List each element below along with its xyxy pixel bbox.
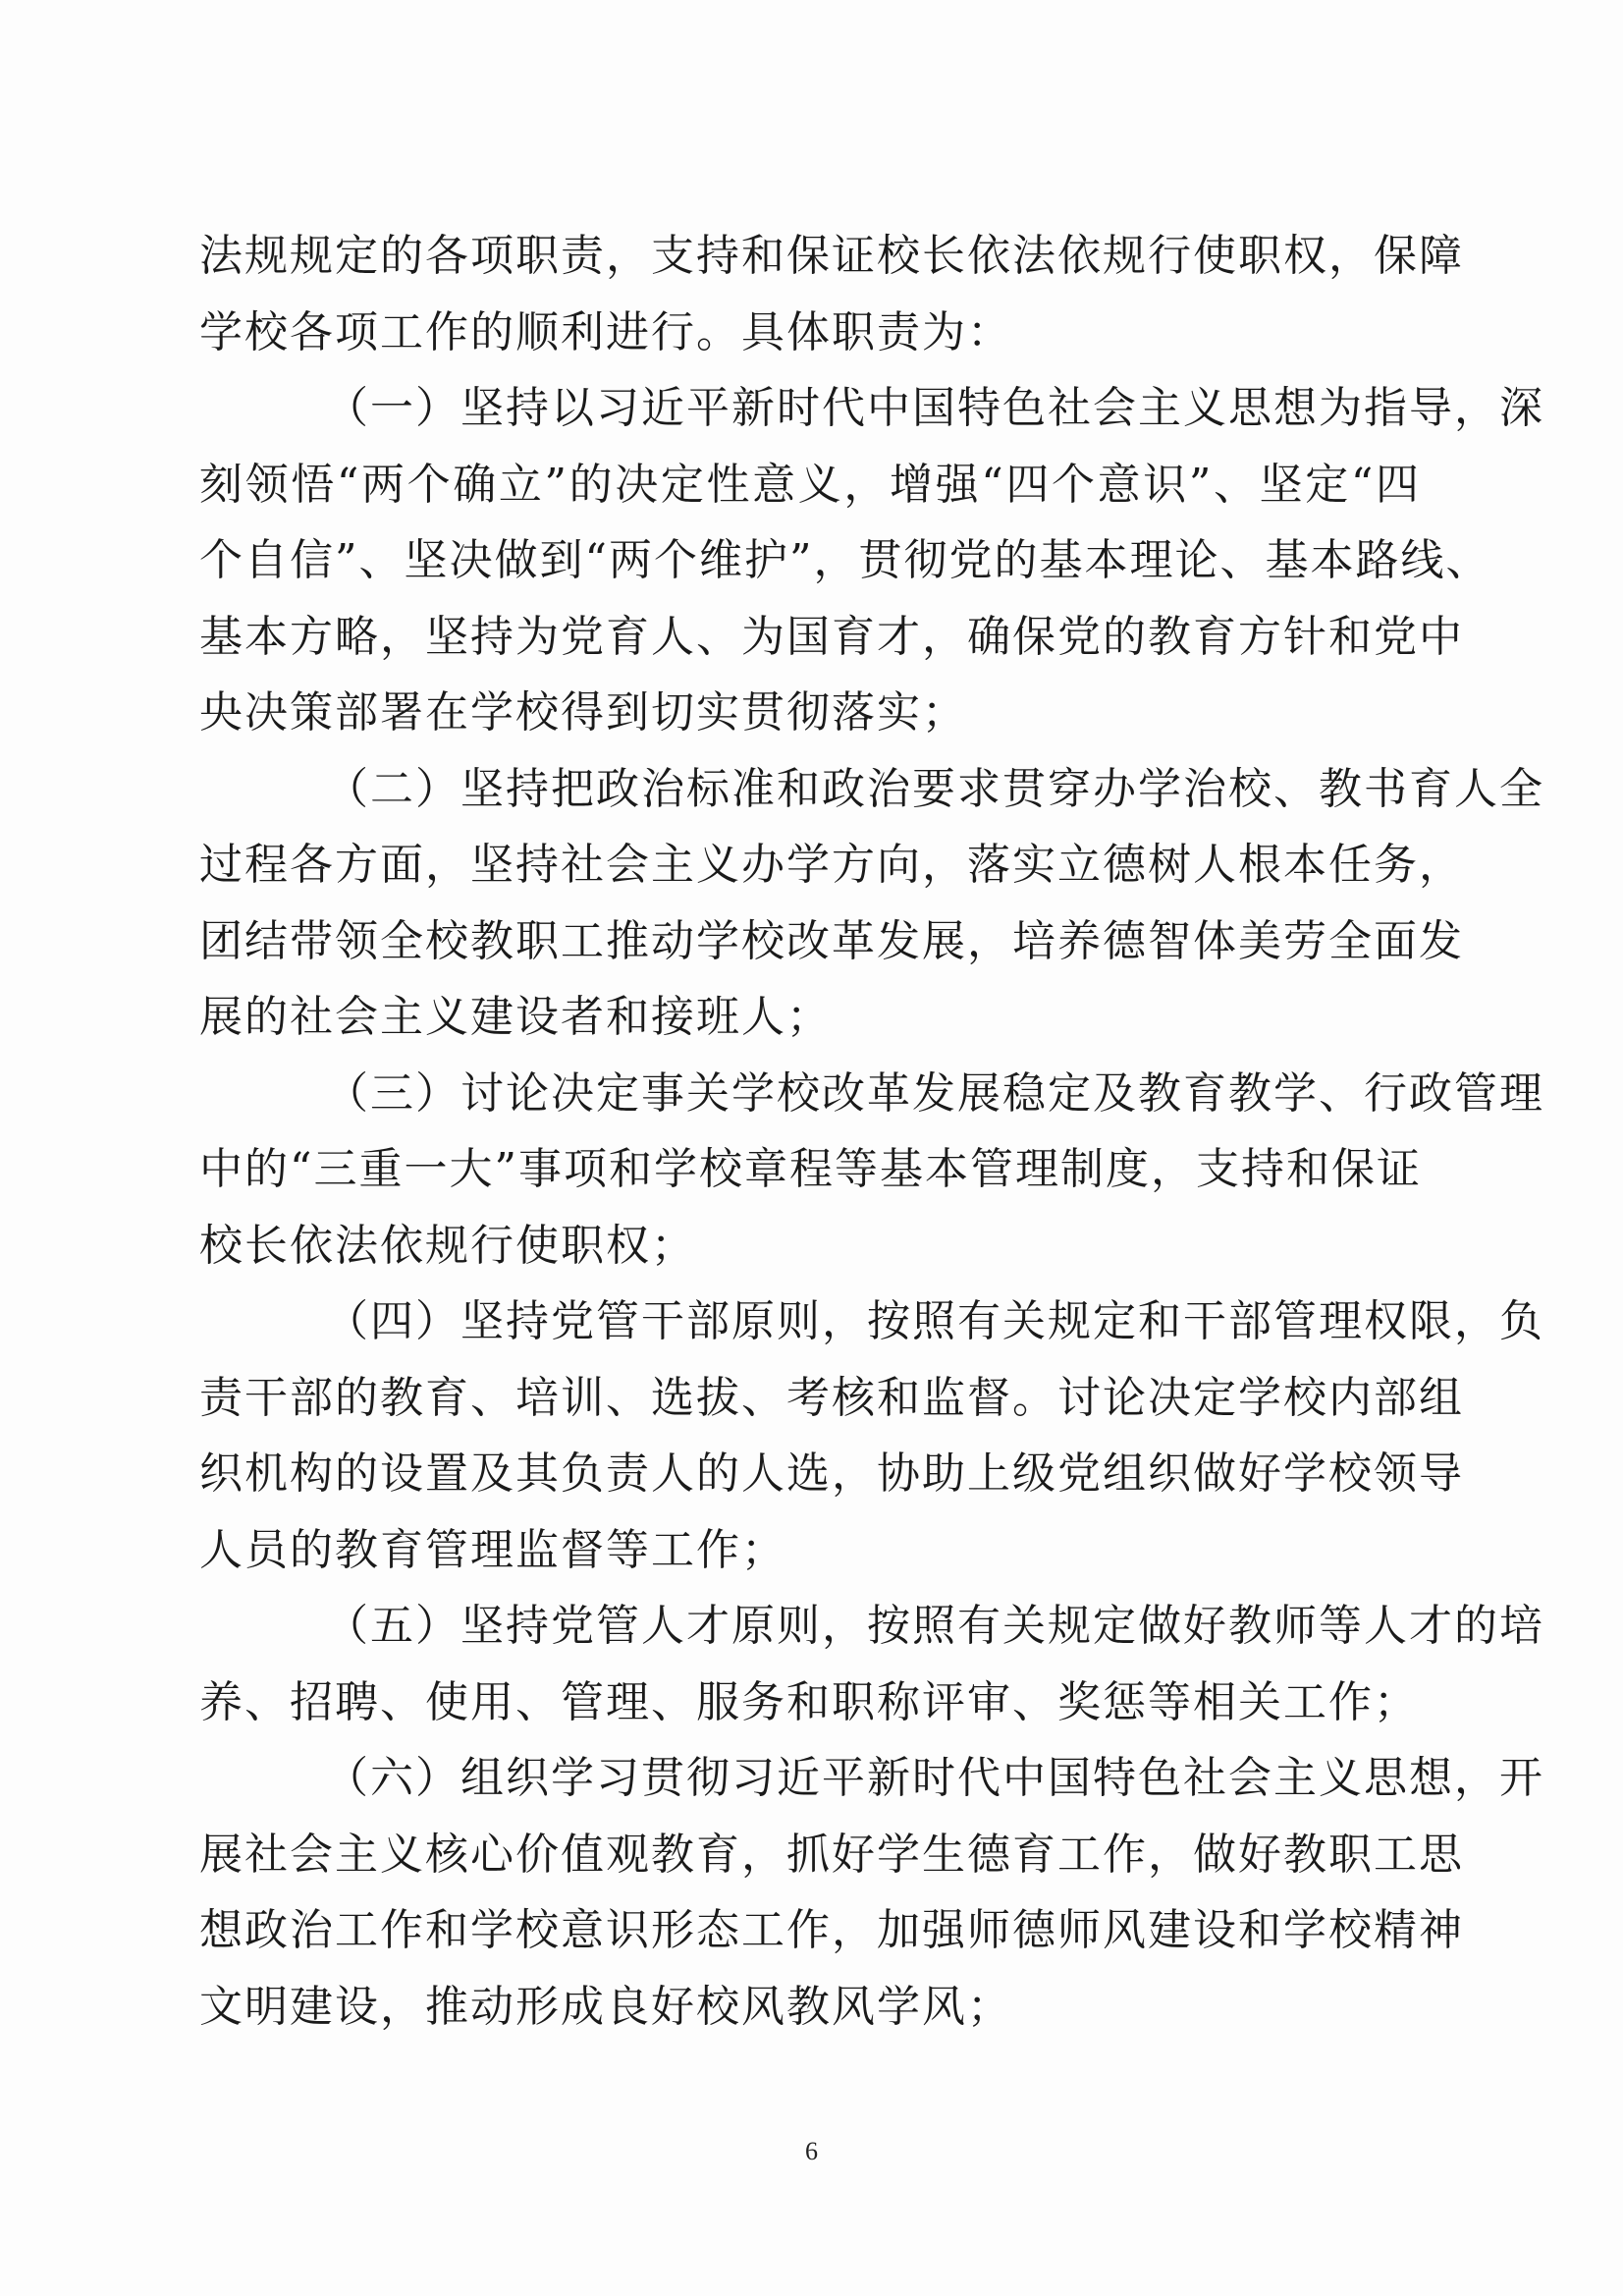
text-line: （一）坚持以习近平新时代中国特色社会主义思想为指导，深: [199, 370, 1421, 447]
text-line: 团结带领全校教职工推动学校改革发展，培养德智体美劳全面发: [199, 903, 1421, 980]
text-line: 基本方略，坚持为党育人、为国育才，确保党的教育方针和党中: [199, 599, 1421, 676]
text-line: 学校各项工作的顺利进行。具体职责为：: [199, 295, 1421, 371]
text-line: 法规规定的各项职责，支持和保证校长依法依规行使职权，保障: [199, 218, 1421, 295]
text-line: （四）坚持党管干部原则，按照有关规定和干部管理权限，负: [199, 1284, 1421, 1360]
text-line: 展社会主义核心价值观教育，抓好学生德育工作，做好教职工思: [199, 1817, 1421, 1893]
text-line: 人员的教育管理监督等工作；: [199, 1512, 1421, 1589]
text-line: 文明建设，推动形成良好校风教风学风；: [199, 1969, 1421, 2046]
paragraph-item-6: （六）组织学习贯彻习近平新时代中国特色社会主义思想，开 展社会主义核心价值观教育…: [199, 1740, 1421, 2045]
text-line: 刻领悟“两个确立”的决定性意义，增强“四个意识”、坚定“四: [199, 447, 1421, 523]
text-line: 中的“三重一大”事项和学校章程等基本管理制度，支持和保证: [199, 1131, 1421, 1208]
text-line: 责干部的教育、培训、选拔、考核和监督。讨论决定学校内部组: [199, 1360, 1421, 1437]
text-line: 个自信”、坚决做到“两个维护”，贯彻党的基本理论、基本路线、: [199, 522, 1421, 599]
text-line: 养、招聘、使用、管理、服务和职称评审、奖惩等相关工作；: [199, 1665, 1421, 1741]
text-line: 央决策部署在学校得到切实贯彻落实；: [199, 675, 1421, 751]
paragraph-item-1: （一）坚持以习近平新时代中国特色社会主义思想为指导，深 刻领悟“两个确立”的决定…: [199, 370, 1421, 751]
paragraph-item-3: （三）讨论决定事关学校改革发展稳定及教育教学、行政管理 中的“三重一大”事项和学…: [199, 1056, 1421, 1285]
page-number: 6: [0, 2137, 1623, 2166]
text-line: 过程各方面，坚持社会主义办学方向，落实立德树人根本任务，: [199, 827, 1421, 903]
text-line: 织机构的设置及其负责人的人选，协助上级党组织做好学校领导: [199, 1436, 1421, 1512]
text-line: 展的社会主义建设者和接班人；: [199, 979, 1421, 1056]
text-line: （六）组织学习贯彻习近平新时代中国特色社会主义思想，开: [199, 1740, 1421, 1817]
paragraph-item-5: （五）坚持党管人才原则，按照有关规定做好教师等人才的培 养、招聘、使用、管理、服…: [199, 1588, 1421, 1740]
document-page: 法规规定的各项职责，支持和保证校长依法依规行使职权，保障 学校各项工作的顺利进行…: [0, 0, 1623, 2296]
text-line: （五）坚持党管人才原则，按照有关规定做好教师等人才的培: [199, 1588, 1421, 1665]
text-line: （二）坚持把政治标准和政治要求贯穿办学治校、教书育人全: [199, 751, 1421, 828]
document-body: 法规规定的各项职责，支持和保证校长依法依规行使职权，保障 学校各项工作的顺利进行…: [199, 218, 1421, 2045]
text-line: 校长依法依规行使职权；: [199, 1208, 1421, 1285]
paragraph-item-2: （二）坚持把政治标准和政治要求贯穿办学治校、教书育人全 过程各方面，坚持社会主义…: [199, 751, 1421, 1056]
text-line: 想政治工作和学校意识形态工作，加强师德师风建设和学校精神: [199, 1892, 1421, 1969]
paragraph-intro: 法规规定的各项职责，支持和保证校长依法依规行使职权，保障 学校各项工作的顺利进行…: [199, 218, 1421, 370]
paragraph-item-4: （四）坚持党管干部原则，按照有关规定和干部管理权限，负 责干部的教育、培训、选拔…: [199, 1284, 1421, 1588]
text-line: （三）讨论决定事关学校改革发展稳定及教育教学、行政管理: [199, 1056, 1421, 1132]
